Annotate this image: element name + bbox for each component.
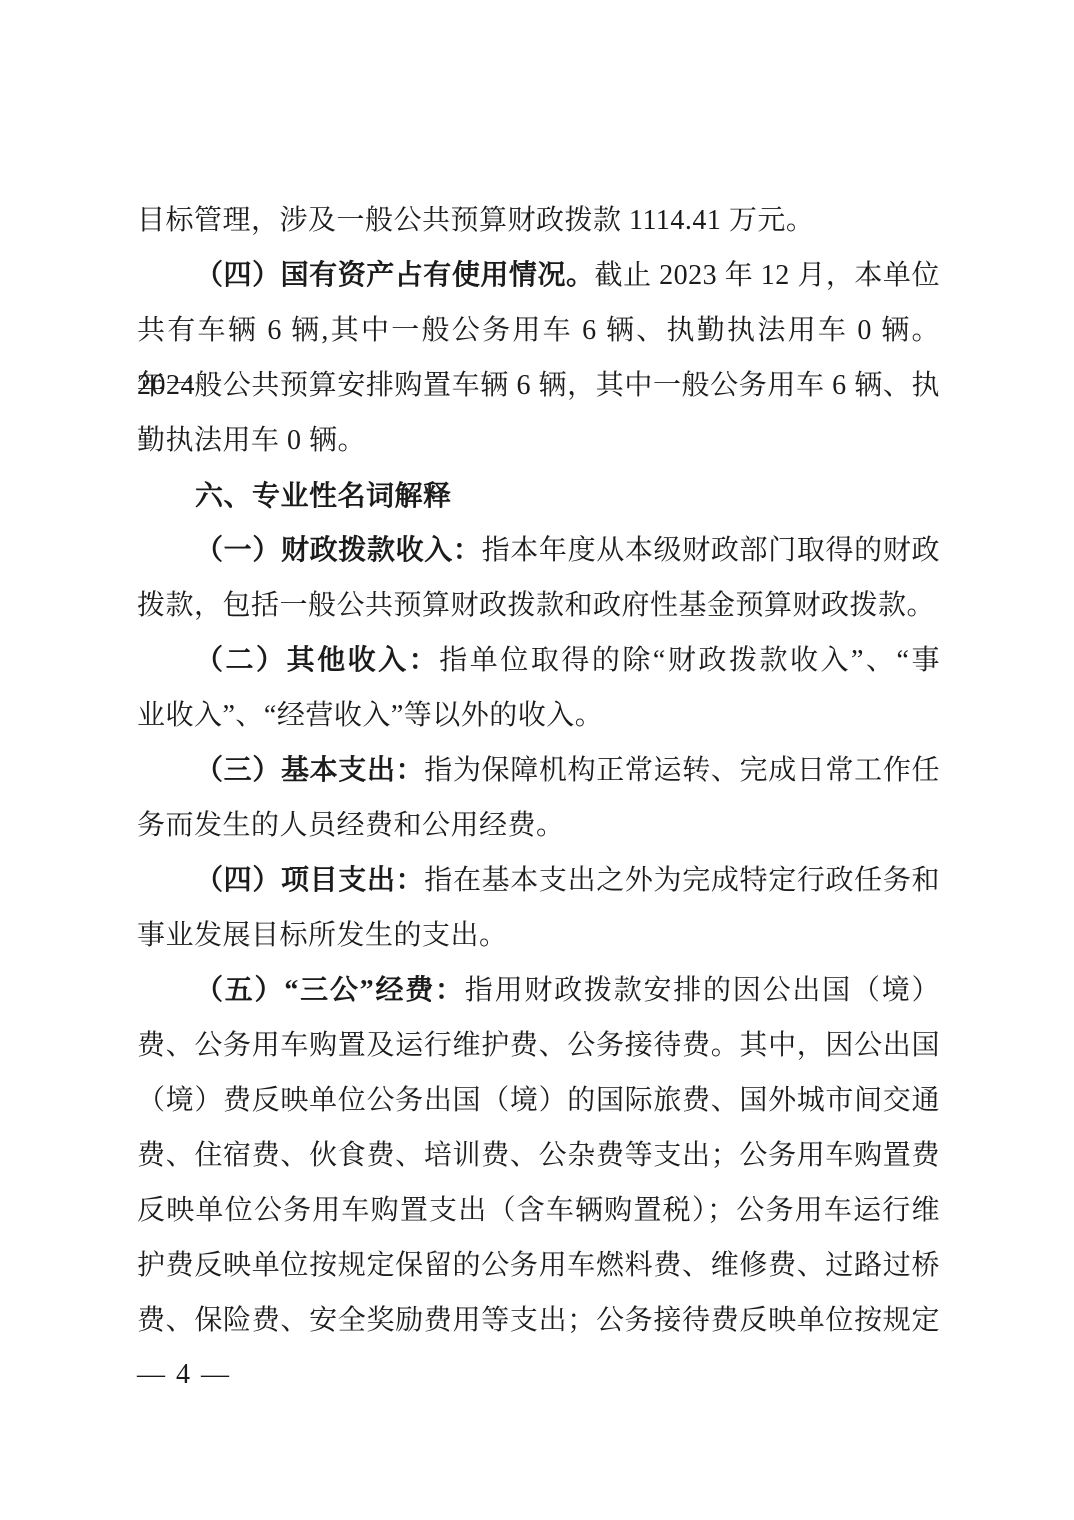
text-run: 务而发生的人员经费和公用经费。 (137, 810, 565, 841)
document-line: 反映单位公务用车购置支出（含车辆购置税）；公务用车运行维 (137, 1183, 940, 1238)
bold-text-run: （五）“三公”经费： (195, 975, 465, 1006)
document-line: 目标管理，涉及一般公共预算财政拨款 1114.41 万元。 (137, 193, 940, 248)
document-line: 业收入”、“经营收入”等以外的收入。 (137, 688, 940, 743)
document-line: 拨款，包括一般公共预算财政拨款和政府性基金预算财政拨款。 (137, 578, 940, 633)
document-line: 年一般公共预算安排购置车辆 6 辆，其中一般公务用车 6 辆、执 (137, 358, 940, 413)
text-run: 反映单位公务用车购置支出（含车辆购置税）；公务用车运行维 (137, 1195, 940, 1226)
document-line: 费、公务用车购置及运行维护费、公务接待费。其中，因公出国 (137, 1018, 940, 1073)
document-line: 勤执法用车 0 辆。 (137, 413, 940, 468)
text-run: 截止 2023 年 12 月，本单位 (595, 260, 940, 291)
document-line: （四）项目支出：指在基本支出之外为完成特定行政任务和 (137, 853, 940, 908)
bold-text-run: （四）国有资产占有使用情况。 (195, 260, 595, 291)
document-line: 务而发生的人员经费和公用经费。 (137, 798, 940, 853)
text-run: 费、公务用车购置及运行维护费、公务接待费。其中，因公出国 (137, 1030, 940, 1061)
text-run: 勤执法用车 0 辆。 (137, 425, 366, 456)
text-run: 费、保险费、安全奖励费用等支出；公务接待费反映单位按规定 (137, 1305, 940, 1336)
text-run: 费、住宿费、伙食费、培训费、公杂费等支出；公务用车购置费 (137, 1140, 940, 1171)
document-line: （三）基本支出：指为保障机构正常运转、完成日常工作任 (137, 743, 940, 798)
text-run: （境）费反映单位公务出国（境）的国际旅费、国外城市间交通 (137, 1085, 940, 1116)
bold-text-run: （三）基本支出： (195, 755, 424, 786)
document-line: 费、住宿费、伙食费、培训费、公杂费等支出；公务用车购置费 (137, 1128, 940, 1183)
document-line: 共有车辆 6 辆,其中一般公务用车 6 辆、执勤执法用车 0 辆。2024 (137, 303, 940, 358)
text-run: 事业发展目标所发生的支出。 (137, 920, 508, 951)
bold-text-run: （一）财政拨款收入： (195, 535, 482, 566)
text-run: 年一般公共预算安排购置车辆 6 辆，其中一般公务用车 6 辆、执 (137, 370, 940, 401)
bold-text-run: （四）项目支出： (195, 865, 424, 896)
document-body: 目标管理，涉及一般公共预算财政拨款 1114.41 万元。（四）国有资产占有使用… (137, 193, 940, 1348)
document-line: （四）国有资产占有使用情况。截止 2023 年 12 月，本单位 (137, 248, 940, 303)
text-run: 指用财政拨款安排的因公出国（境） (465, 975, 940, 1006)
text-run: 指本年度从本级财政部门取得的财政 (482, 535, 940, 566)
document-line: 护费反映单位按规定保留的公务用车燃料费、维修费、过路过桥 (137, 1238, 940, 1293)
text-run: 指在基本支出之外为完成特定行政任务和 (424, 865, 940, 896)
document-line: （一）财政拨款收入：指本年度从本级财政部门取得的财政 (137, 523, 940, 578)
text-run: 指单位取得的除“财政拨款收入”、“事 (439, 645, 940, 676)
document-line: 费、保险费、安全奖励费用等支出；公务接待费反映单位按规定 (137, 1293, 940, 1348)
text-run: 指为保障机构正常运转、完成日常工作任 (424, 755, 940, 786)
document-line: （五）“三公”经费：指用财政拨款安排的因公出国（境） (137, 963, 940, 1018)
document-page: 目标管理，涉及一般公共预算财政拨款 1114.41 万元。（四）国有资产占有使用… (0, 0, 1074, 1520)
bold-text-run: （二）其他收入： (195, 645, 439, 676)
text-run: 拨款，包括一般公共预算财政拨款和政府性基金预算财政拨款。 (137, 590, 935, 621)
text-run: 目标管理，涉及一般公共预算财政拨款 1114.41 万元。 (137, 205, 814, 236)
document-line: （境）费反映单位公务出国（境）的国际旅费、国外城市间交通 (137, 1073, 940, 1128)
document-line: （二）其他收入：指单位取得的除“财政拨款收入”、“事 (137, 633, 940, 688)
text-run: 业收入”、“经营收入”等以外的收入。 (137, 700, 603, 731)
bold-text-run: 六、专业性名词解释 (195, 480, 452, 511)
section-heading-line: 六、专业性名词解释 (137, 468, 940, 523)
text-run: 护费反映单位按规定保留的公务用车燃料费、维修费、过路过桥 (137, 1250, 940, 1281)
page-number: — 4 — (137, 1347, 231, 1402)
document-line: 事业发展目标所发生的支出。 (137, 908, 940, 963)
